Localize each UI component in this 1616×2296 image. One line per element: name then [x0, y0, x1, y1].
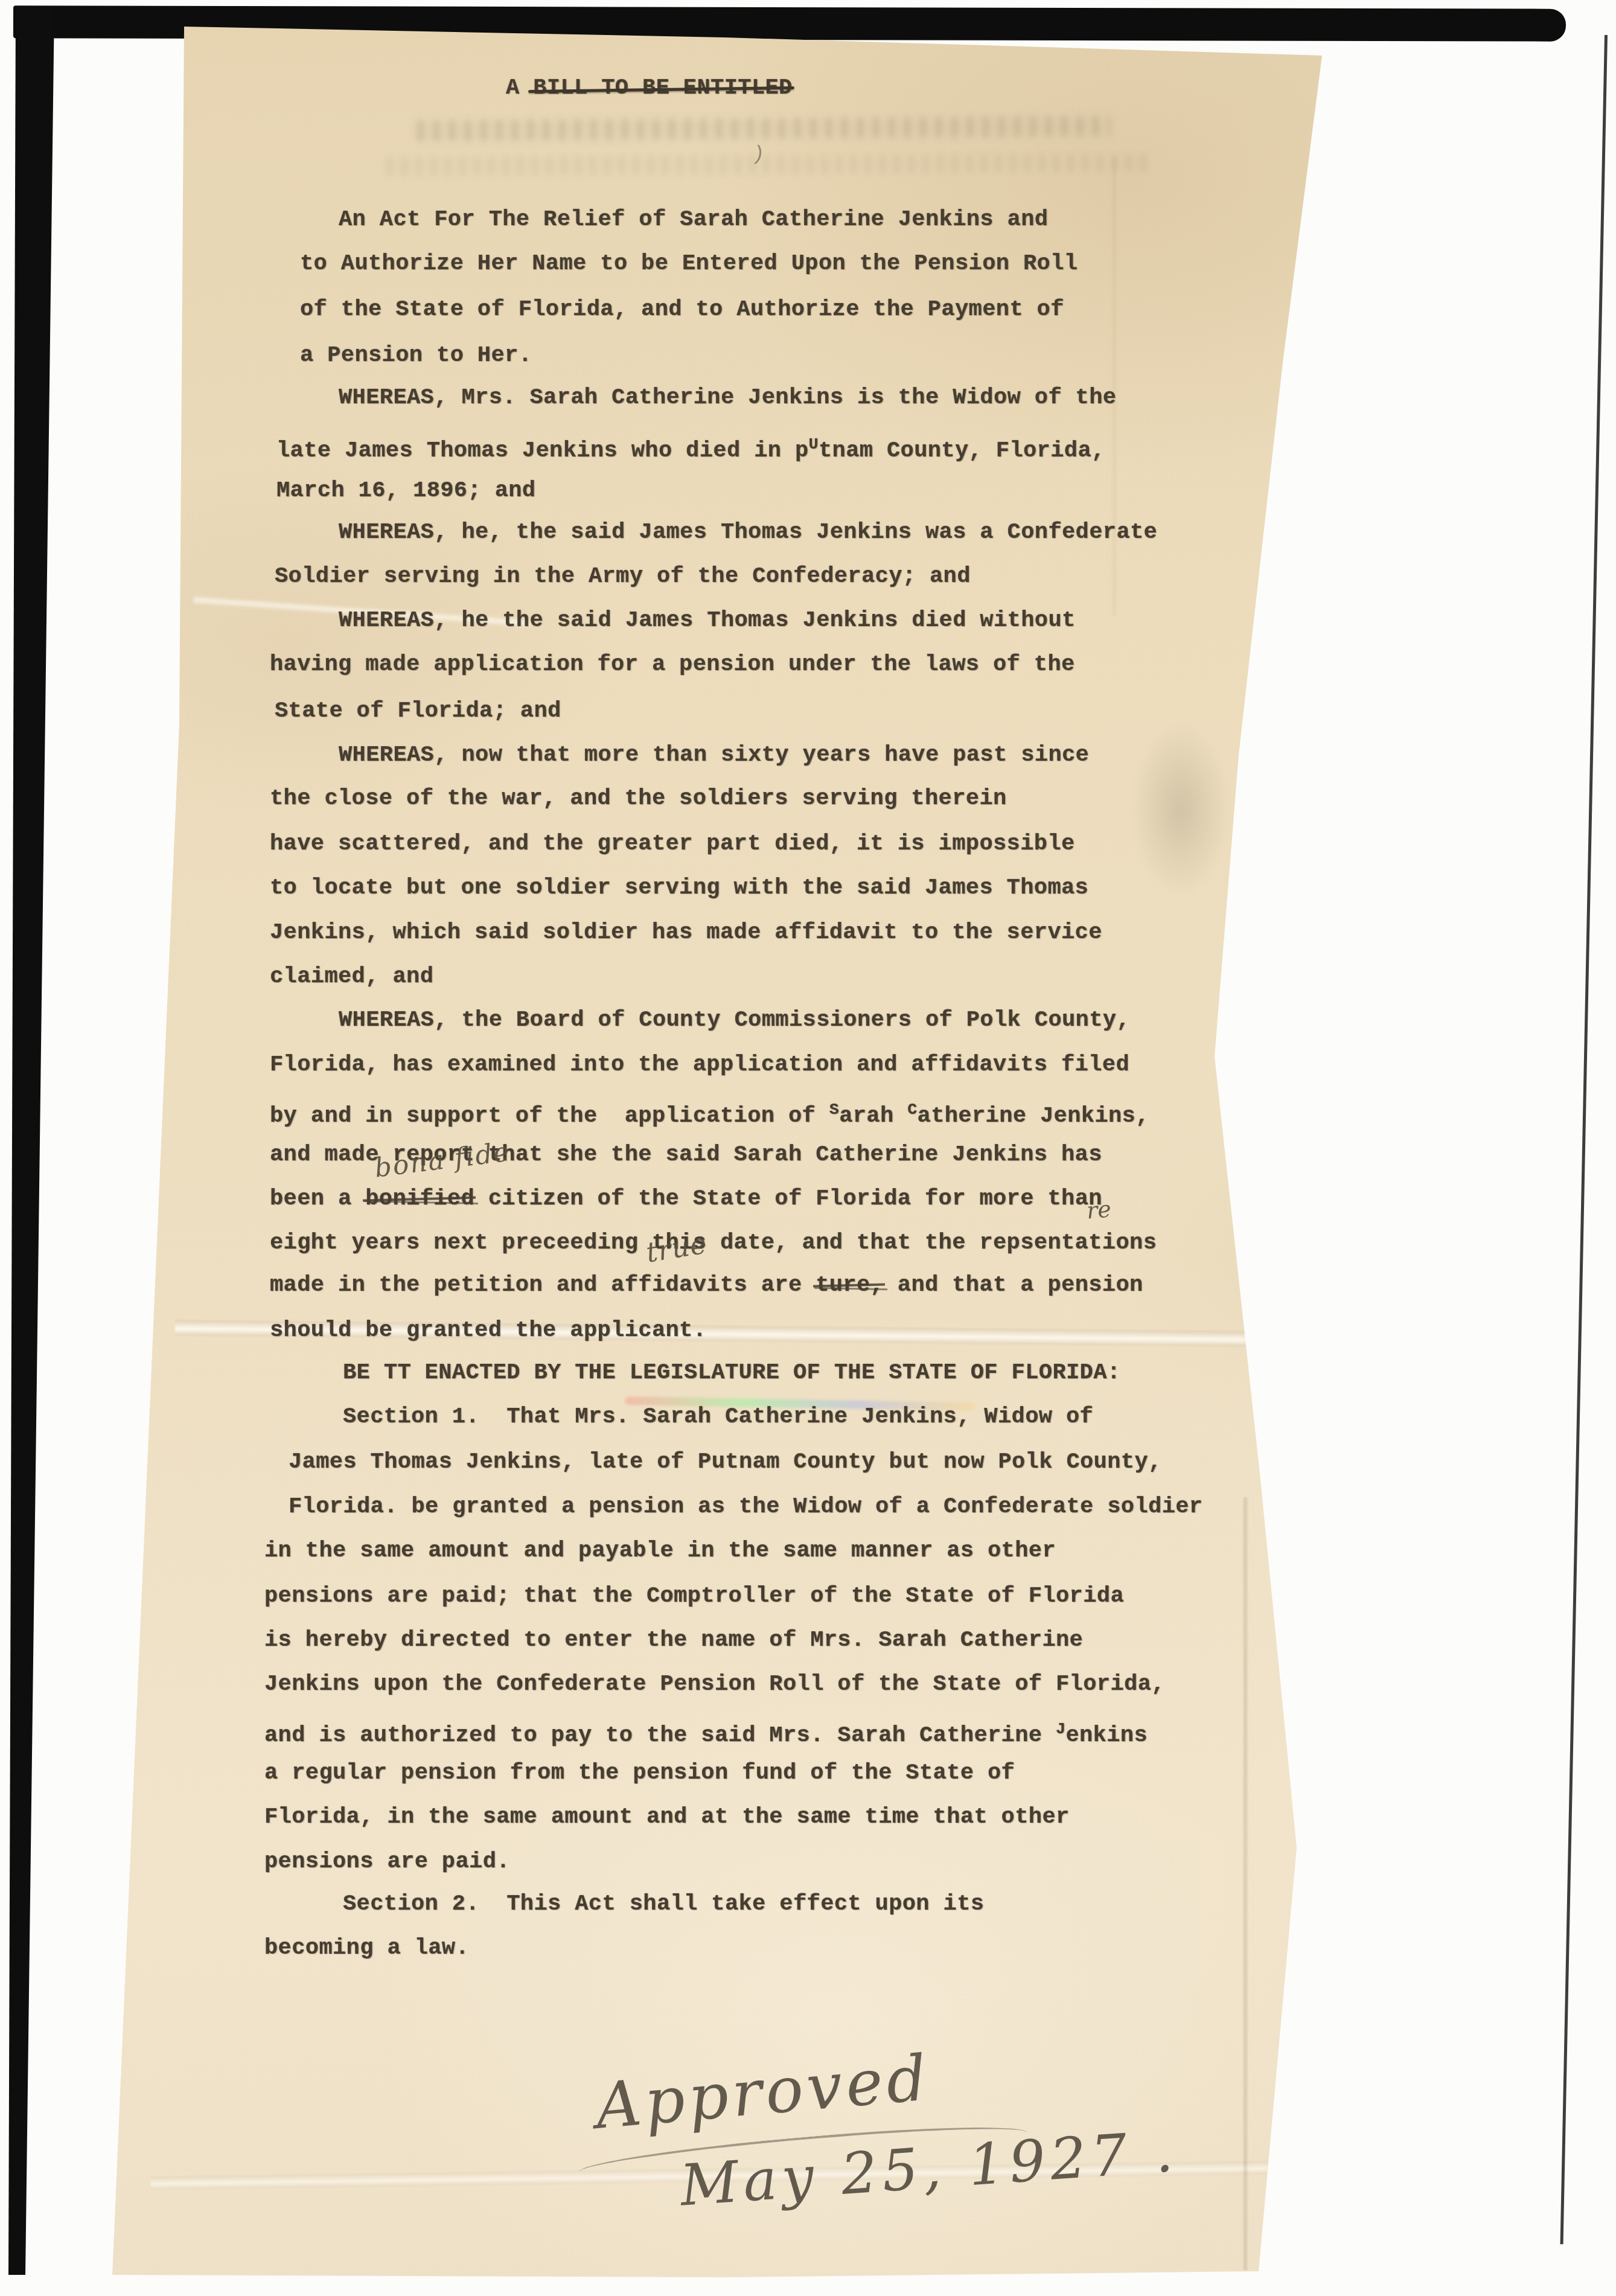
- typed-line: An Act For The Relief of Sarah Catherine…: [339, 205, 1048, 234]
- struck-text: BILL TO BE ENTITLED: [533, 75, 792, 101]
- scanned-document-page: A BILL TO BE ENTITLEDAn Act For The Reli…: [0, 0, 1616, 2296]
- typed-line: having made application for a pension un…: [270, 650, 1075, 679]
- typed-line: Florida. be granted a pension as the Wid…: [289, 1492, 1202, 1521]
- ink-ghost-smudge: [417, 116, 1111, 141]
- typed-line: WHEREAS, now that more than sixty years …: [339, 741, 1089, 770]
- typed-line: claimed, and: [270, 962, 433, 991]
- paper-crease: [1242, 1497, 1248, 2270]
- struck-text: bonified: [365, 1186, 474, 1212]
- typed-line: the close of the war, and the soldiers s…: [270, 784, 1007, 813]
- typed-line: to locate but one soldier serving with t…: [270, 874, 1088, 903]
- raised-character: C: [907, 1101, 917, 1119]
- typed-line: WHEREAS, he, the said James Thomas Jenki…: [339, 518, 1157, 547]
- scanner-frame-left-bar: [0, 6, 66, 2275]
- typed-line: of the State of Florida, and to Authoriz…: [300, 295, 1064, 324]
- typed-line: Florida, in the same amount and at the s…: [264, 1803, 1070, 1832]
- typed-line: State of Florida; and: [275, 697, 561, 726]
- fingerprint-smudge: [1132, 724, 1229, 894]
- typed-line: Section 2. This Act shall take effect up…: [343, 1890, 984, 1919]
- ink-ghost-smudge: [386, 154, 1147, 176]
- typed-line: James Thomas Jenkins, late of Putnam Cou…: [289, 1448, 1162, 1477]
- typed-line: made in the petition and affidavits are …: [270, 1271, 1143, 1300]
- typed-line: WHEREAS, Mrs. Sarah Catherine Jenkins is…: [339, 383, 1116, 412]
- typed-line: BE TT ENACTED BY THE LEGISLATURE OF THE …: [343, 1358, 1120, 1387]
- handwritten-re-insert: re: [1086, 1196, 1113, 1224]
- typed-line: Florida, has examined into the applicati…: [270, 1050, 1129, 1079]
- typed-line: Jenkins, which said soldier has made aff…: [270, 918, 1102, 947]
- typed-line: by and in support of the application of …: [270, 1095, 1149, 1131]
- typed-line: pensions are paid.: [264, 1847, 510, 1876]
- typed-line: Jenkins upon the Confederate Pension Rol…: [264, 1670, 1165, 1699]
- typed-line: WHEREAS, he the said James Thomas Jenkin…: [339, 606, 1076, 635]
- typed-line: becoming a law.: [264, 1934, 469, 1963]
- typed-line: WHEREAS, the Board of County Commissione…: [339, 1006, 1130, 1035]
- typed-line: is hereby directed to enter the name of …: [264, 1626, 1083, 1655]
- typed-line: in the same amount and payable in the sa…: [264, 1537, 1056, 1565]
- scan-edge-line: [1560, 35, 1608, 2244]
- typed-line: a regular pension from the pension fund …: [264, 1759, 1015, 1788]
- typed-line: a Pension to Her.: [300, 341, 532, 370]
- typed-line: eight years next preceeding this date, a…: [270, 1229, 1157, 1258]
- typed-line: Soldier serving in the Army of the Confe…: [275, 562, 971, 591]
- typed-line: have scattered, and the greater part die…: [270, 830, 1075, 859]
- raised-character: S: [829, 1101, 839, 1119]
- bill-title: A BILL TO BE ENTITLED: [506, 74, 793, 103]
- raised-character: U: [809, 435, 819, 453]
- raised-character: J: [1056, 1720, 1065, 1738]
- struck-text: ture,: [816, 1273, 884, 1298]
- typed-line: been a bonified citizen of the State of …: [270, 1185, 1102, 1214]
- typed-line: should be granted the applicant.: [270, 1316, 706, 1345]
- typed-line: and is authorized to pay to the said Mrs…: [264, 1715, 1148, 1750]
- typed-line: pensions are paid; that the Comptroller …: [264, 1582, 1124, 1611]
- typed-line: to Authorize Her Name to be Entered Upon…: [300, 249, 1078, 278]
- typed-line: late James Thomas Jenkins who died in pU…: [276, 430, 1105, 465]
- typed-line: March 16, 1896; and: [276, 476, 535, 505]
- typed-line: Section 1. That Mrs. Sarah Catherine Jen…: [343, 1402, 1093, 1431]
